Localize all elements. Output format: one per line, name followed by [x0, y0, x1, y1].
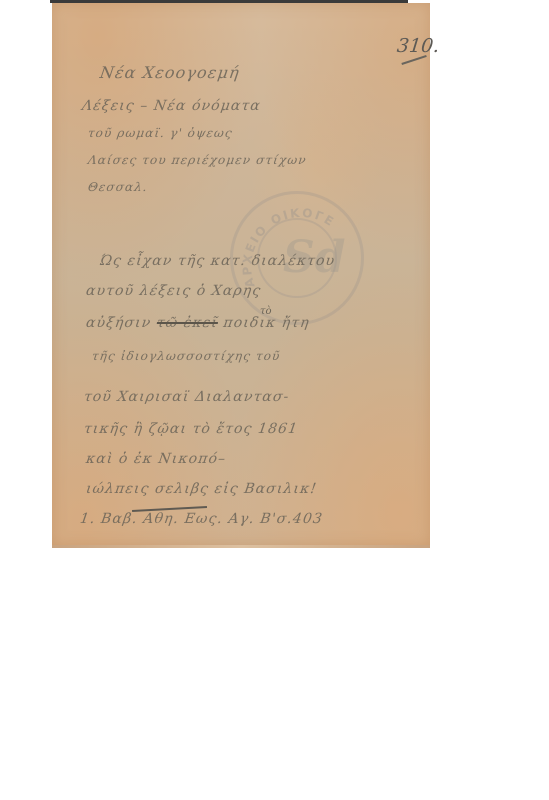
manuscript-line: ιώλπεις σελιβς εἰς Βασιλικ!: [85, 481, 318, 497]
insertion-superscript: τὸ: [260, 306, 272, 317]
manuscript-line: τοῦ Χαιρισαϊ Διαλαντασ-: [83, 389, 291, 405]
manuscript-line: τῆς ἰδιογλωσσοστίχης τοῦ: [91, 349, 281, 363]
manuscript-page: 310. ΑΡΧΕΙΟ ΟΙΚΟΓΕ Sd Νέα Χεοογοεμή Λέξε…: [52, 3, 430, 546]
manuscript-line: Νέα Χεοογοεμή: [99, 63, 241, 82]
line-text-after: ποιδικ ἤτη: [222, 315, 310, 331]
manuscript-line: τοῦ ρωμαϊ. γ' ὀψεως: [87, 126, 234, 140]
manuscript-line: αυτοῦ λέξεις ὁ Χαρης: [85, 283, 262, 299]
struck-text: τῶ ἐκεῖ: [156, 315, 219, 331]
manuscript-line-with-correction: αὐξήσιν τῶ ἐκεῖ ποιδικ ἤτη: [85, 315, 311, 331]
folio-number: 310.: [396, 35, 441, 57]
footnote: 1. Βαβ. Αθη. Εως. Αγ. Β'σ.403: [79, 511, 324, 527]
manuscript-line: Ώς εἶχαν τῆς κατ. διαλέκτου: [99, 253, 336, 269]
line-text-before: αὐξήσιν: [85, 315, 153, 331]
manuscript-line: Λέξεις – Νέα όνόματα: [81, 98, 262, 114]
manuscript-line: καὶ ὁ ἐκ Νικοπό–: [85, 451, 227, 467]
manuscript-line: τικῆς ἢ ζῷαι τὸ ἔτος 1861: [83, 421, 299, 437]
manuscript-line: Λαίσες του περιέχομεν στίχων: [87, 153, 308, 167]
manuscript-line: Θεσσαλ.: [87, 180, 149, 194]
